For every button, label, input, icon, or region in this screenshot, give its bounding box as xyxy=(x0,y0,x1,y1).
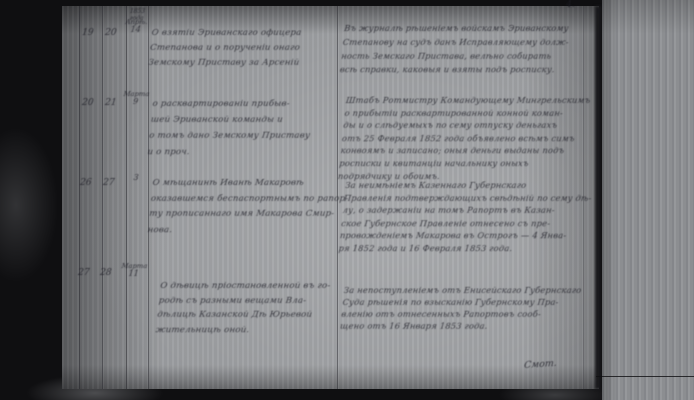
margin-rule-line xyxy=(126,6,127,389)
handwritten-line: О дѣвицѣ пріостановленной въ го- xyxy=(160,279,354,294)
handwritten-line: ря 1852 года и 16 Февраля 1853 года. xyxy=(338,242,591,255)
entry-resolution: За неимѣніемъ Казеннаго ГубернскагоПравл… xyxy=(338,179,598,254)
entry-date: Марта 9 xyxy=(121,90,151,106)
handwritten-line: Земскому Приставу за Арсеній xyxy=(148,56,342,71)
handwritten-line: и о проч. xyxy=(147,144,341,160)
entry-number-incoming: 20 xyxy=(104,28,117,38)
entry-date: 3 xyxy=(122,174,151,182)
entry-day: 3 xyxy=(133,174,139,182)
handwritten-line: ды и о слѣдуемыхъ по сему отпуску деньга… xyxy=(343,119,596,132)
handwritten-line: жительницѣ оной. xyxy=(155,323,349,338)
entry-day: 11 xyxy=(128,270,139,278)
handwritten-line: всѣ справки, каковыя и взяты подъ роспис… xyxy=(339,63,592,77)
entry-number-outgoing: 19 xyxy=(81,28,94,38)
handwritten-line: о томъ дано Земскому Приставу xyxy=(148,128,342,144)
handwritten-line: провожденіемъ Макарова въ Острогъ — 4 Ян… xyxy=(339,229,592,242)
handwritten-line: дѣлицѣ Казанской Дѣ Юрьевой xyxy=(156,308,350,323)
handwritten-line: Правленія подтверждающихъ свѣдѣній по се… xyxy=(343,192,596,205)
entry-number-incoming: 28 xyxy=(99,268,112,278)
handwritten-line: родѣ съ разными вещами Вла- xyxy=(158,294,352,309)
handwritten-line: За неимѣніемъ Казеннаго Губернскаго xyxy=(345,179,598,192)
entry-number-outgoing: 20 xyxy=(81,98,94,108)
handwritten-line: О взятіи Эриванскаго офицера xyxy=(151,26,345,41)
entry-description: О взятіи Эриванскаго офицераСтепанова и … xyxy=(148,26,345,71)
entry-resolution: За непоступленіемъ отъ Енисейскаго Губер… xyxy=(339,284,596,332)
entry-day: 9 xyxy=(133,98,139,106)
handwritten-line: оказавшемся беспаспортнымъ по рапор- xyxy=(150,192,344,208)
entry-description: О мѣщанинѣ Иванѣ Макаровѣоказавшемся бес… xyxy=(147,176,346,238)
handwritten-line: конвоямъ и записано; оныя деньги выданы … xyxy=(340,144,593,157)
margin-rule-line xyxy=(79,6,80,389)
entry-resolution: Штабъ Ротмистру Командующему Мингрельски… xyxy=(337,94,598,182)
handwritten-line: За непоступленіемъ отъ Енисейскаго Губер… xyxy=(343,284,596,296)
handwritten-line: Суда рѣшенія по взысканію Губернскому Пр… xyxy=(342,296,595,308)
book-page-edges xyxy=(602,0,694,400)
facing-page-rule-line xyxy=(596,376,694,377)
entry-description: о расквартированіи прибыв-шей Эриванской… xyxy=(147,96,346,160)
handwritten-line: ту прописаннаго имя Макарова Смир- xyxy=(148,207,342,223)
entry-number-outgoing: 27 xyxy=(77,268,90,278)
entry-day: 14 xyxy=(130,26,141,34)
handwritten-line: Степанову на судъ данъ Исправляющему дол… xyxy=(342,36,595,50)
margin-rule-line xyxy=(102,6,103,389)
entry-description: О дѣвицѣ пріостановленной въ го-родѣ съ … xyxy=(155,279,353,337)
handwritten-line: о расквартированіи прибыв- xyxy=(152,96,346,112)
entry-number-outgoing: 26 xyxy=(79,178,92,188)
archival-photo: 4. 1853 года 19 20 Апрѣ. 14 О взятіи Эри… xyxy=(0,0,694,400)
handwritten-line: Штабъ Ротмистру Командующему Мингрельски… xyxy=(345,94,598,107)
handwritten-line: ность Земскаго Пристава, велѣно собирать xyxy=(341,50,594,64)
margin-header-year: 1853 xyxy=(124,8,151,15)
handwritten-line: шей Эриванской команды и xyxy=(150,112,344,128)
page-number: 4. xyxy=(566,0,575,10)
entry-date: Марта 11 xyxy=(119,262,149,278)
handwritten-line: ское Губернское Правленіе отнесено съ пр… xyxy=(341,217,594,230)
entry-number-incoming: 27 xyxy=(102,178,115,188)
entry-number-incoming: 21 xyxy=(104,98,117,108)
ledger-page: 4. 1853 года 19 20 Апрѣ. 14 О взятіи Эри… xyxy=(62,6,599,389)
handwritten-line: вленію отъ отнесенныхъ Рапортовъ сооб- xyxy=(341,308,594,320)
handwritten-line: О мѣщанинѣ Иванѣ Макаровѣ xyxy=(152,176,346,192)
handwritten-line: нова. xyxy=(147,223,341,239)
catchword: Смот. xyxy=(524,358,558,371)
handwritten-line: Степанова и о порученіи онаго xyxy=(149,41,343,56)
entry-resolution: Въ журналѣ рѣшеніемъ войскамъ Эриванском… xyxy=(339,22,597,77)
handwritten-line: Въ журналѣ рѣшеніемъ войскамъ Эриванском… xyxy=(343,22,596,36)
entry-date: Апрѣ. 14 xyxy=(121,18,151,34)
handwritten-line: щено отъ 16 Января 1853 года. xyxy=(339,320,592,332)
handwritten-line: о прибытіи расквартированной конной кома… xyxy=(344,107,597,120)
handwritten-line: росписки и квитанціи начальнику оныхъ xyxy=(339,157,592,170)
handwritten-line: отъ 25 Февраля 1852 года объявлено всѣмъ… xyxy=(341,132,594,145)
handwritten-line: лу, о задержаніи на томъ Рапортъ въ Каза… xyxy=(342,204,595,217)
